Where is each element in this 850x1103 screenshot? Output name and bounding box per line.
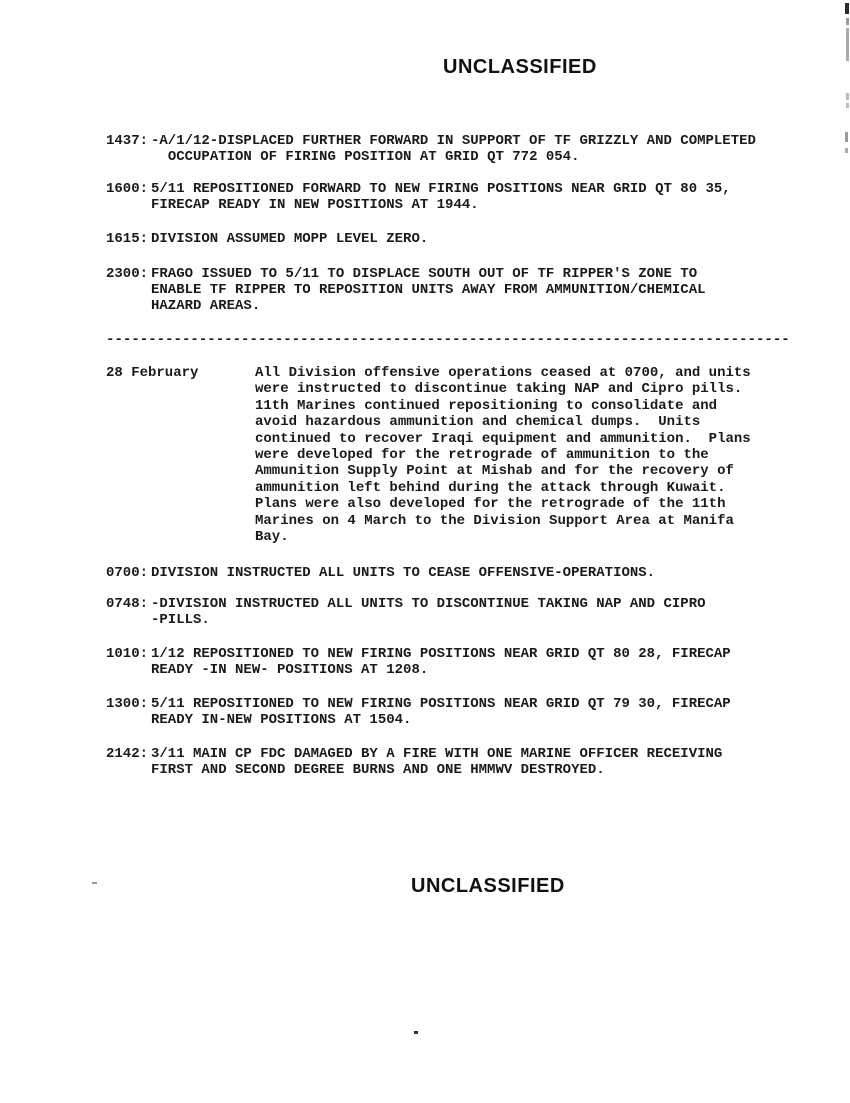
entry-text: 5/11 REPOSITIONED TO NEW FIRING POSITION… [151,696,811,728]
entry-text: 3/11 MAIN CP FDC DAMAGED BY A FIRE WITH … [151,746,811,778]
date-label: 28 February [106,365,198,381]
log-entry-0748: 0748: -DIVISION INSTRUCTED ALL UNITS TO … [106,596,811,628]
log-entry-1437: 1437: -A/1/12-DISPLACED FURTHER FORWARD … [106,133,811,165]
scan-artifact [92,882,97,884]
scan-artifact [846,28,849,61]
log-entry-1615: 1615: DIVISION ASSUMED MOPP LEVEL ZERO. [106,231,811,247]
entry-time: 1300: [106,696,148,712]
scan-artifact [846,93,849,100]
scan-artifact [846,103,849,108]
scan-artifact [845,148,848,153]
scan-artifact [846,18,849,25]
log-entry-2142: 2142: 3/11 MAIN CP FDC DAMAGED BY A FIRE… [106,746,811,778]
classification-header: UNCLASSIFIED [443,56,597,79]
entry-text: -DIVISION INSTRUCTED ALL UNITS TO DISCON… [151,596,811,628]
scan-artifact [845,3,849,14]
entry-time: 2300: [106,266,148,282]
entry-text: DIVISION ASSUMED MOPP LEVEL ZERO. [151,231,811,247]
scanned-document-page: UNCLASSIFIED 1437: -A/1/12-DISPLACED FUR… [0,0,850,1103]
entry-text: FRAGO ISSUED TO 5/11 TO DISPLACE SOUTH O… [151,266,811,314]
classification-footer: UNCLASSIFIED [411,875,565,898]
log-entry-1010: 1010: 1/12 REPOSITIONED TO NEW FIRING PO… [106,646,811,678]
scan-artifact [414,1031,418,1034]
log-entry-0700: 0700: DIVISION INSTRUCTED ALL UNITS TO C… [106,565,811,581]
entry-time: 0700: [106,565,148,581]
entry-text: DIVISION INSTRUCTED ALL UNITS TO CEASE O… [151,565,811,581]
entry-time: 2142: [106,746,148,762]
scan-artifact [845,132,848,142]
entry-text: -A/1/12-DISPLACED FURTHER FORWARD IN SUP… [151,133,811,165]
section-divider: ----------------------------------------… [106,332,796,348]
entry-time: 1615: [106,231,148,247]
entry-time: 1437: [106,133,148,149]
entry-text: 1/12 REPOSITIONED TO NEW FIRING POSITION… [151,646,811,678]
date-section-28-february: 28 February All Division offensive opera… [106,365,815,545]
log-entry-1600: 1600: 5/11 REPOSITIONED FORWARD TO NEW F… [106,181,811,213]
entry-text: 5/11 REPOSITIONED FORWARD TO NEW FIRING … [151,181,811,213]
log-entry-2300: 2300: FRAGO ISSUED TO 5/11 TO DISPLACE S… [106,266,811,314]
entry-time: 0748: [106,596,148,612]
entry-time: 1600: [106,181,148,197]
date-paragraph: All Division offensive operations ceased… [255,365,815,545]
log-entry-1300: 1300: 5/11 REPOSITIONED TO NEW FIRING PO… [106,696,811,728]
entry-time: 1010: [106,646,148,662]
